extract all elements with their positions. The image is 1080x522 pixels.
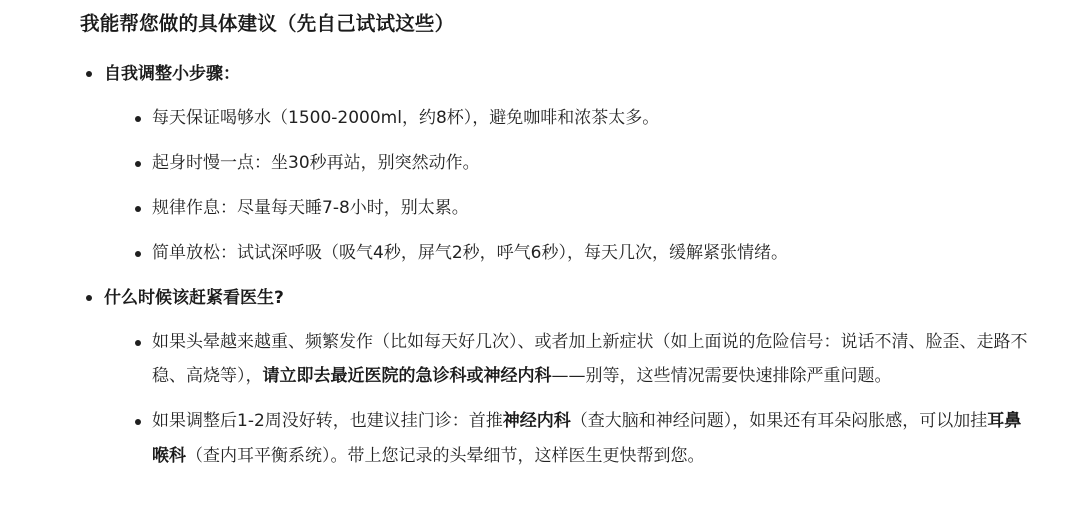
bullet-icon (135, 419, 141, 425)
item-text: ——别等，这些情况需要快速排除严重问题。 (552, 366, 892, 386)
list-item-label: 什么时候该赶紧看医生? (104, 280, 1030, 316)
bullet-icon (135, 116, 141, 122)
item-text: 起身时慢一点：坐30秒再站，别突然动作。 (152, 153, 480, 173)
bullet-icon (135, 161, 141, 167)
item-text: 每天保证喝够水（1500-2000ml，约8杯），避免咖啡和浓茶太多。 (152, 108, 659, 128)
sublist-self-adjust: 每天保证喝够水（1500-2000ml，约8杯），避免咖啡和浓茶太多。 起身时慢… (104, 101, 1030, 271)
bullet-icon (135, 340, 141, 346)
sublist-item: 每天保证喝够水（1500-2000ml，约8杯），避免咖啡和浓茶太多。 (128, 101, 1030, 136)
item-text: 简单放松：试试深呼吸（吸气4秒，屏气2秒，呼气6秒），每天几次，缓解紧张情绪。 (152, 243, 788, 263)
sublist-item: 规律作息：尽量每天睡7-8小时，别太累。 (128, 191, 1030, 226)
item-text: （查内耳平衡系统）。带上您记录的头晕细节，这样医生更快帮到您。 (186, 446, 705, 466)
emphasis-text: 神经内科 (503, 411, 571, 431)
advice-document: 我能帮您做的具体建议（先自己试试这些） 自我调整小步骤： 每天保证喝够水（150… (80, 6, 1030, 482)
bullet-icon (135, 206, 141, 212)
list-item-label: 自我调整小步骤： (104, 56, 1030, 92)
item-text: 如果调整后1-2周没好转，也建议挂门诊：首推 (152, 411, 503, 431)
sublist-item: 如果头晕越来越重、频繁发作（比如每天好几次）、或者加上新症状（如上面说的危险信号… (128, 325, 1030, 394)
emphasis-text: 请立即去最近医院的急诊科或神经内科 (263, 366, 552, 386)
list-item-self-adjust: 自我调整小步骤： 每天保证喝够水（1500-2000ml，约8杯），避免咖啡和浓… (80, 56, 1030, 271)
bullet-icon (86, 295, 92, 301)
advice-list: 自我调整小步骤： 每天保证喝够水（1500-2000ml，约8杯），避免咖啡和浓… (80, 56, 1030, 473)
sublist-see-doctor: 如果头晕越来越重、频繁发作（比如每天好几次）、或者加上新症状（如上面说的危险信号… (104, 325, 1030, 474)
sublist-item: 简单放松：试试深呼吸（吸气4秒，屏气2秒，呼气6秒），每天几次，缓解紧张情绪。 (128, 236, 1030, 271)
item-text: 规律作息：尽量每天睡7-8小时，别太累。 (152, 198, 469, 218)
bullet-icon (135, 251, 141, 257)
list-item-see-doctor: 什么时候该赶紧看医生? 如果头晕越来越重、频繁发作（比如每天好几次）、或者加上新… (80, 280, 1030, 474)
sublist-item: 如果调整后1-2周没好转，也建议挂门诊：首推神经内科（查大脑和神经问题），如果还… (128, 404, 1030, 473)
item-text: （查大脑和神经问题），如果还有耳朵闷胀感，可以加挂 (571, 411, 988, 431)
bullet-icon (86, 71, 92, 77)
section-heading: 我能帮您做的具体建议（先自己试试这些） (80, 6, 1030, 42)
sublist-item: 起身时慢一点：坐30秒再站，别突然动作。 (128, 146, 1030, 181)
